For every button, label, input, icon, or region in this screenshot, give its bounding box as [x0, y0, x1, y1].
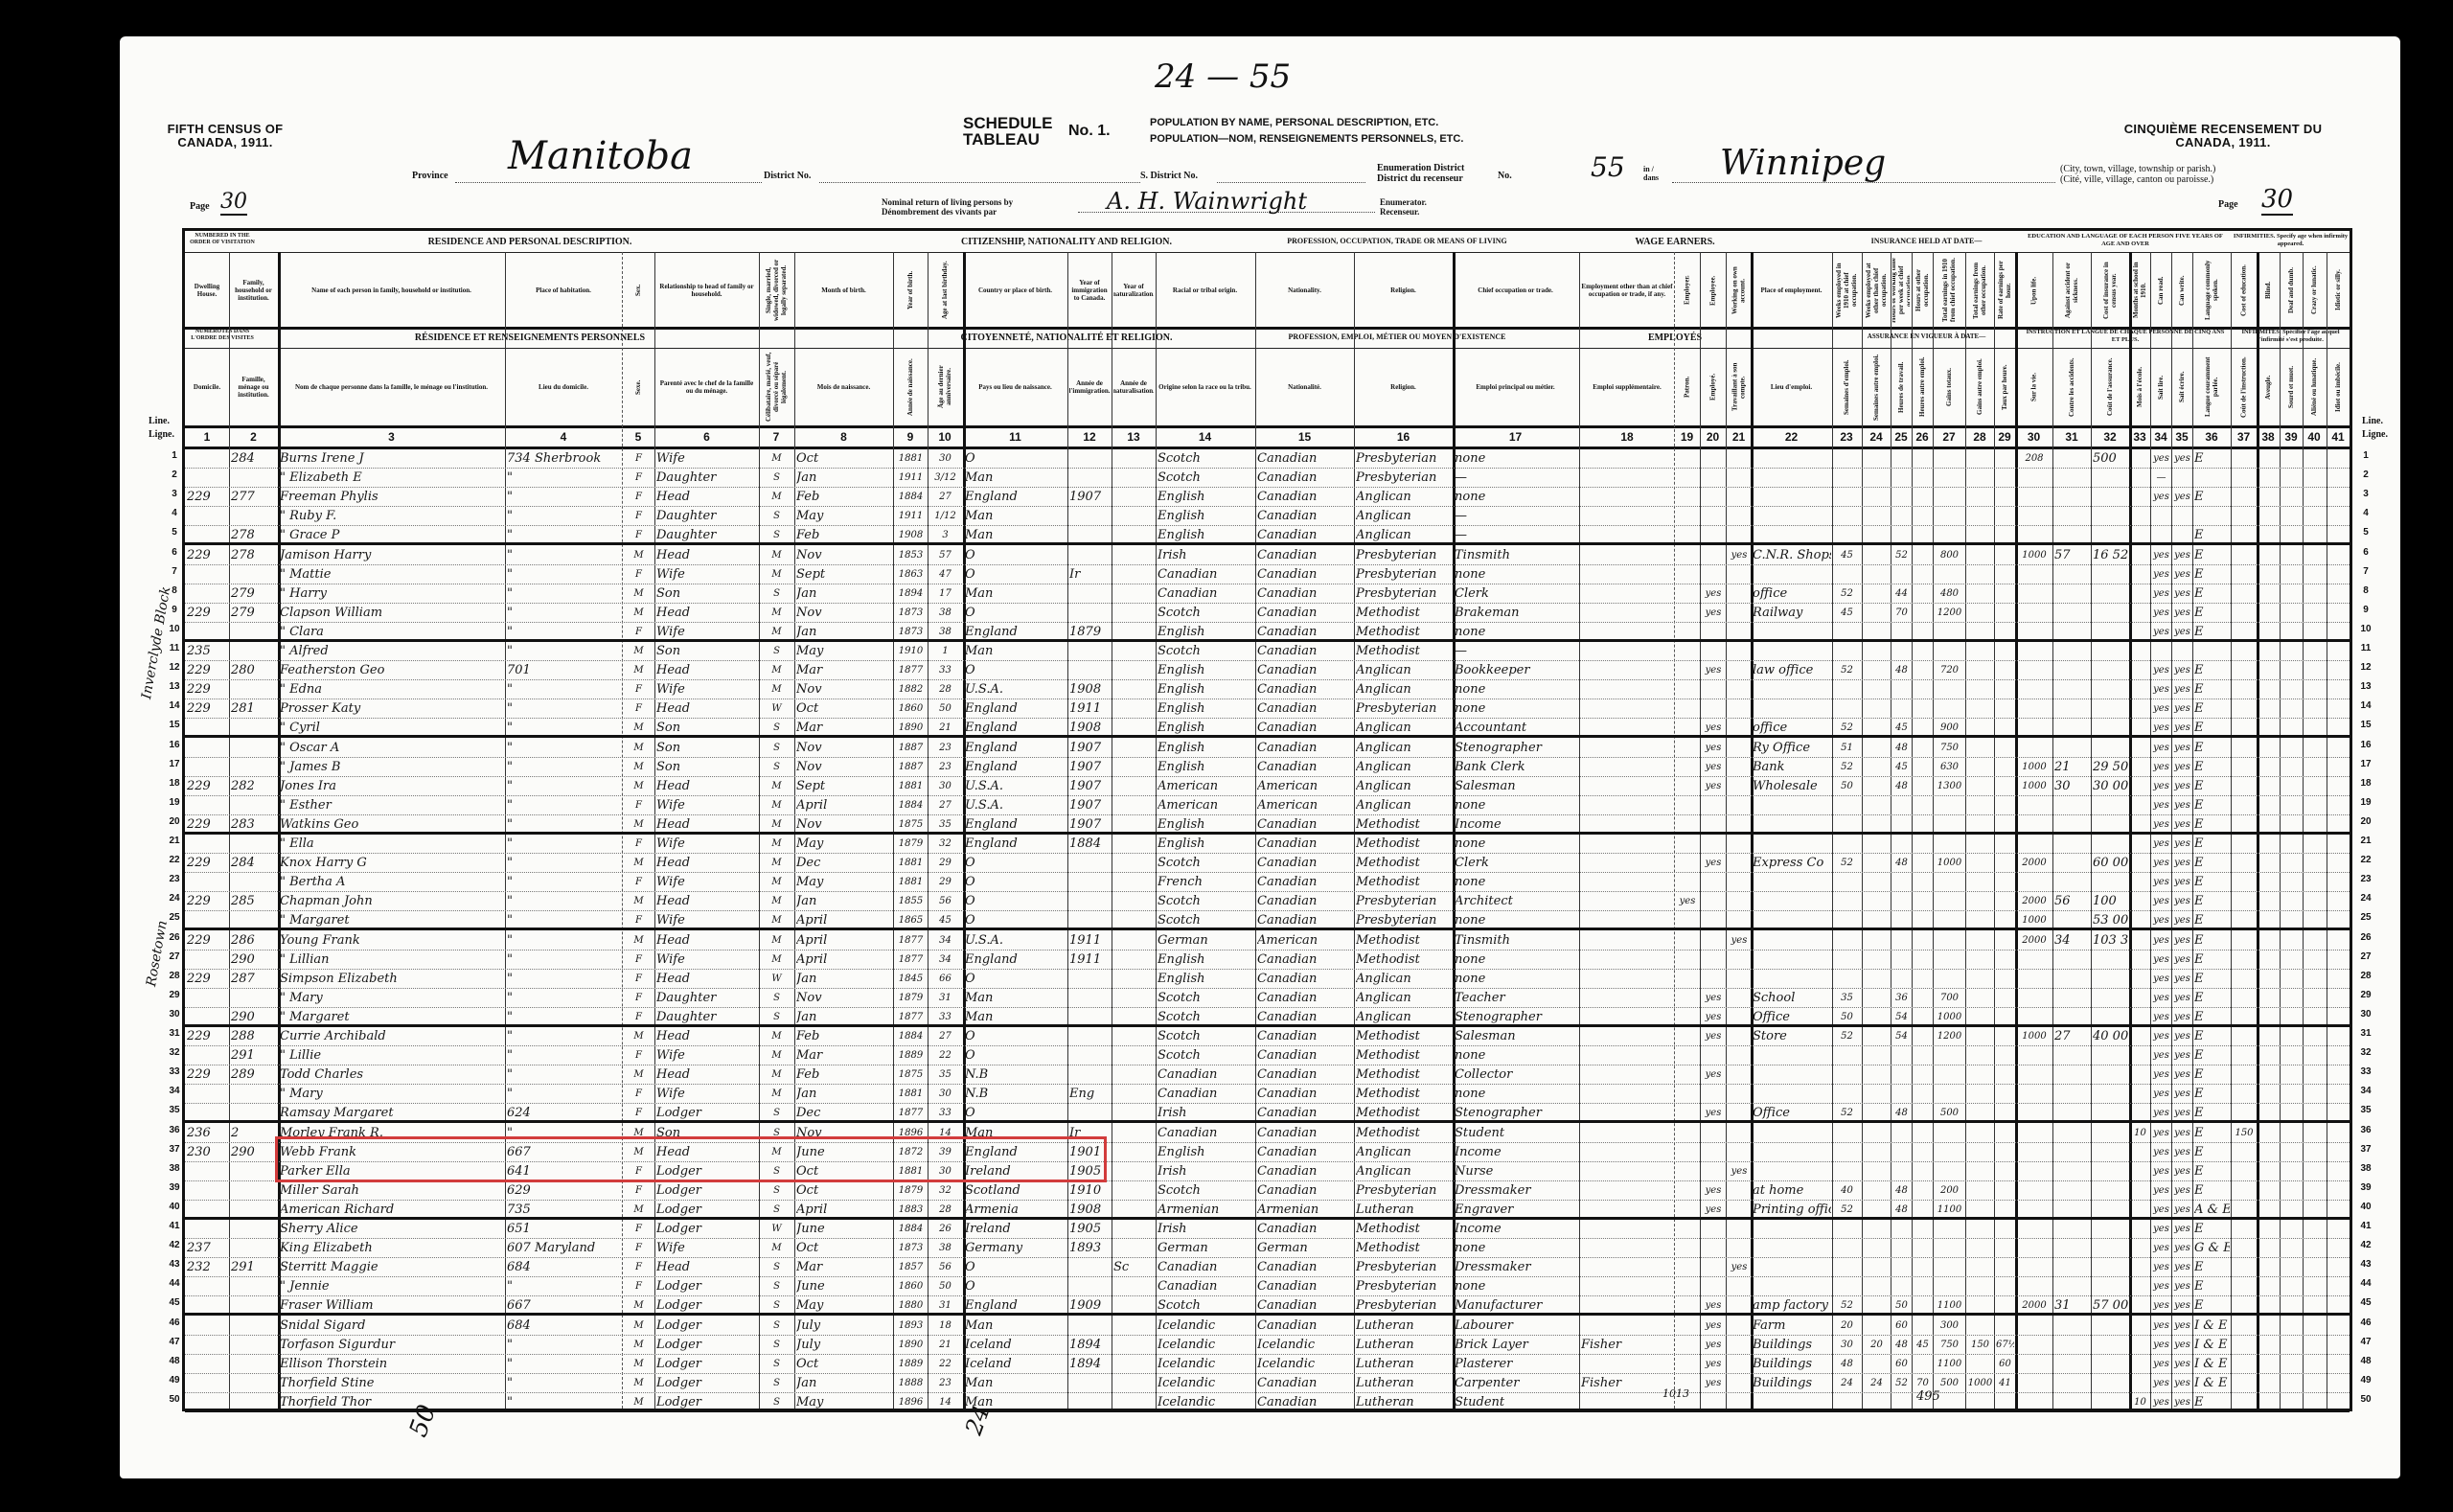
cell-month: April	[796, 951, 892, 970]
cell-birthplace: N.B	[965, 1085, 1066, 1104]
cell-relation: Lodger	[656, 1317, 758, 1336]
table-row[interactable]: " Esther"FWifeMApril188427U.S.A.1907Amer…	[185, 796, 2350, 815]
column-header-fr: Année de l'immigration.	[1069, 352, 1110, 423]
cell-age: 38	[929, 623, 961, 642]
highlighted-record-box[interactable]	[275, 1136, 1107, 1182]
enumeration-label-en: Enumeration District	[1377, 163, 1464, 173]
table-row[interactable]: Miller Sarah629FLodgerSOct187932Scotland…	[185, 1181, 2350, 1201]
cell-dwelling: 229	[187, 1027, 228, 1046]
cell-hours: 52	[1892, 546, 1911, 565]
cell-sex: M	[624, 1201, 653, 1220]
column-number: 19	[1674, 430, 1700, 446]
table-row[interactable]: Thorfield Thor"MLodgerSMay189614ManIcela…	[185, 1393, 2350, 1412]
cell-year: 1875	[895, 815, 927, 835]
line-number: 30	[2357, 1009, 2374, 1019]
line-number: 32	[166, 1047, 183, 1058]
table-row[interactable]: " Elizabeth E"FDaughterSJan19113/12ManSc…	[185, 469, 2350, 488]
table-row[interactable]: Torfason Sigurdur"MLodgerSJuly189021Icel…	[185, 1336, 2350, 1355]
cell-marital: S	[761, 469, 792, 488]
cell-habitation: 607 Maryland	[507, 1239, 621, 1258]
column-number: 36	[2192, 430, 2231, 446]
cell-write: yes	[2173, 1336, 2191, 1355]
line-number: 48	[2357, 1356, 2374, 1366]
cell-sex: F	[624, 449, 653, 469]
line-number: 41	[2357, 1221, 2374, 1231]
cell-habitation: "	[507, 739, 621, 758]
cell-sex: M	[624, 1336, 653, 1355]
table-row[interactable]: 229285Chapman John"MHeadMJan185556OScotc…	[185, 892, 2350, 911]
cell-family: 284	[231, 854, 277, 873]
cell-birthplace: England	[965, 815, 1066, 835]
line-label: Line. Ligne.	[2362, 415, 2388, 442]
column-header-fr: Gains totaux.	[1935, 352, 1963, 423]
cell-age: 28	[929, 680, 961, 699]
table-row[interactable]: " Bertha A"FWifeMMay188129OFrenchCanadia…	[185, 873, 2350, 892]
cell-dwelling: 232	[187, 1258, 228, 1277]
line-number: 3	[2357, 489, 2374, 499]
cell-birthplace: Man	[965, 584, 1066, 604]
cell-immigration: 1907	[1069, 488, 1111, 507]
cell-earnings: 1100	[1935, 1355, 1964, 1374]
table-row[interactable]: 284Burns Irene J734 SherbrookFWifeMOct18…	[185, 449, 2350, 469]
table-row[interactable]: 229282Jones Ira"MHeadMSept188130U.S.A.19…	[185, 777, 2350, 796]
column-header-en: Can write.	[2173, 256, 2190, 325]
column-number: 27	[1933, 430, 1965, 446]
cell-name: " James B	[280, 758, 504, 777]
cell-relation: Head	[656, 661, 758, 680]
line-number: 39	[2357, 1182, 2374, 1193]
table-row[interactable]: 229287Simpson Elizabeth"FHeadWJan184566O…	[185, 970, 2350, 989]
cell-birthplace: Man	[965, 642, 1066, 661]
table-row[interactable]: 279" Harry"MSonSJan189417ManCanadianCana…	[185, 584, 2350, 604]
cell-read: yes	[2152, 873, 2170, 892]
line-number: 40	[166, 1202, 183, 1212]
cell-birthplace: O	[965, 1046, 1066, 1065]
cell-immigration: 1911	[1069, 951, 1111, 970]
cell-hours: 54	[1892, 1027, 1911, 1046]
cell-weeks-other: 20	[1864, 1336, 1890, 1355]
cell-name: " Alfred	[280, 642, 504, 661]
table-row[interactable]: Fraser William667MLodgerSMay188031Englan…	[185, 1296, 2350, 1316]
line-number: 12	[166, 662, 183, 673]
cell-write: yes	[2173, 1296, 2191, 1316]
cell-read: yes	[2152, 699, 2170, 719]
cell-year: 1890	[895, 719, 927, 738]
cell-religion: Methodist	[1356, 815, 1452, 835]
cell-hours: 60	[1892, 1317, 1911, 1336]
column-number: 26	[1912, 430, 1933, 446]
table-row[interactable]: 229283Watkins Geo"MHeadMNov187535England…	[185, 815, 2350, 835]
cell-occupation: Plasterer	[1455, 1355, 1577, 1374]
cell-weeks: 30	[1834, 1336, 1860, 1355]
cell-origin: English	[1158, 951, 1253, 970]
cell-nationality: Canadian	[1257, 642, 1353, 661]
province-value: Manitoba	[508, 134, 693, 178]
cell-nationality: Canadian	[1257, 1296, 1353, 1316]
cell-origin: English	[1158, 970, 1253, 989]
cell-religion: Anglican	[1356, 488, 1452, 507]
column-header-en: Months at school in 1910.	[2131, 256, 2148, 325]
cell-year: 1873	[895, 604, 927, 623]
column-number: 24	[1862, 430, 1891, 446]
table-row[interactable]: " Margaret"FWifeMApril186545OScotchCanad…	[185, 911, 2350, 930]
cell-habitation: "	[507, 796, 621, 815]
cell-marital: M	[761, 680, 792, 699]
cell-month: Oct	[796, 1181, 892, 1201]
table-row[interactable]: 232291Sterritt Maggie684FHeadSMar185756O…	[185, 1258, 2350, 1277]
table-row[interactable]: 229279Clapson William"MHeadMNov187338OSc…	[185, 604, 2350, 623]
column-number: 21	[1726, 430, 1752, 446]
table-row[interactable]: Ellison Thorstein"MLodgerSOct188922Icela…	[185, 1355, 2350, 1374]
table-row[interactable]: " Ruby F."FDaughterSMay19111/12ManEnglis…	[185, 507, 2350, 526]
cell-relation: Lodger	[656, 1336, 758, 1355]
cell-occupation: none	[1455, 970, 1577, 989]
enumerator-label: Enumerator. Recenseur.	[1380, 197, 1427, 217]
cell-weeks: 52	[1834, 661, 1860, 680]
enumeration-label-fr: District du recenseur	[1377, 173, 1464, 184]
cell-habitation: 624	[507, 1104, 621, 1123]
cell-relation: Wife	[656, 680, 758, 699]
cell-hours: 48	[1892, 661, 1911, 680]
cell-age: 38	[929, 1239, 961, 1258]
cell-marital: M	[761, 931, 792, 951]
section-citizenship-fr: CITOYENNETÉ, NATIONALITÉ ET RELIGION.	[860, 332, 1272, 343]
cell-own: yes	[1728, 546, 1751, 565]
header-divider-fr	[185, 348, 2350, 349]
cell-origin: Scotch	[1158, 449, 1253, 469]
cell-own: yes	[1728, 1162, 1751, 1181]
column-header-fr: Heures autre emploi.	[1914, 352, 1931, 423]
cell-nationality: Canadian	[1257, 546, 1353, 565]
line-number: 13	[2357, 681, 2374, 692]
cell-nationality: Canadian	[1257, 1374, 1353, 1393]
table-row[interactable]: 290" Margaret"FDaughterSJan187733ManScot…	[185, 1008, 2350, 1027]
cell-relation: Wife	[656, 796, 758, 815]
cell-origin: Irish	[1158, 1220, 1253, 1239]
cell-habitation: "	[507, 854, 621, 873]
table-row[interactable]: 278" Grace P"FDaughterSFeb19083ManEnglis…	[185, 526, 2350, 545]
cell-read: yes	[2152, 931, 2170, 951]
cell-month: Mar	[796, 661, 892, 680]
line-number: 23	[166, 874, 183, 884]
line-number: 36	[2357, 1125, 2374, 1135]
table-row[interactable]: American Richard735MLodgerSApril188328Ar…	[185, 1201, 2350, 1220]
cell-nationality: Icelandic	[1257, 1336, 1353, 1355]
cell-employee: yes	[1702, 758, 1725, 777]
cell-origin: English	[1158, 835, 1253, 854]
cell-birthplace: England	[965, 623, 1066, 642]
column-header-fr: Année de naissance.	[895, 352, 926, 423]
cell-workplace: Office	[1753, 1008, 1831, 1027]
table-row[interactable]: 229288Currie Archibald"MHeadMFeb188427OS…	[185, 1027, 2350, 1046]
cell-weeks: 52	[1834, 1027, 1860, 1046]
column-header-fr: Emploi supplémentaire.	[1581, 352, 1673, 423]
cell-language: E	[2194, 1143, 2230, 1162]
table-row[interactable]: 229" Edna"FWifeMNov188228U.S.A.1908Engli…	[185, 680, 2350, 699]
subdistrict-underline	[1217, 182, 1365, 183]
cell-employee: yes	[1702, 1296, 1725, 1316]
cell-name: " Edna	[280, 680, 504, 699]
line-number: 36	[166, 1125, 183, 1135]
cell-occupation: Tinsmith	[1455, 931, 1577, 951]
cell-nationality: Canadian	[1257, 584, 1353, 604]
cell-marital: S	[761, 1374, 792, 1393]
cell-sex: M	[624, 1296, 653, 1316]
section-numbered-en: NUMBERED IN THE ORDER OF VISITATION	[185, 233, 260, 246]
cell-write: yes	[2173, 1355, 2191, 1374]
cell-origin: Icelandic	[1158, 1336, 1253, 1355]
cell-nationality: Canadian	[1257, 507, 1353, 526]
table-row[interactable]: " Cyril"MSonSMar189021England1908English…	[185, 719, 2350, 738]
cell-read: yes	[2152, 970, 2170, 989]
cell-dwelling: 229	[187, 970, 228, 989]
cell-relation: Head	[656, 546, 758, 565]
line-number: 38	[2357, 1163, 2374, 1174]
cell-read: yes	[2152, 1336, 2170, 1355]
cell-religion: Anglican	[1356, 1008, 1452, 1027]
column-header-fr: Sait lire.	[2152, 352, 2169, 423]
cell-habitation: "	[507, 970, 621, 989]
cell-occupation: Teacher	[1455, 989, 1577, 1008]
line-number: 26	[2357, 932, 2374, 943]
cell-employer: yes	[1676, 892, 1699, 911]
province-label: Province	[412, 171, 448, 181]
cell-nationality: Canadian	[1257, 1393, 1353, 1412]
cell-month: Sept	[796, 565, 892, 584]
cell-write: yes	[2173, 739, 2191, 758]
cell-name: " Jennie	[280, 1277, 504, 1296]
cell-year: 1887	[895, 739, 927, 758]
line-number: 16	[166, 740, 183, 750]
column-header-en: Age at last birthday.	[929, 256, 960, 325]
cell-habitation: "	[507, 488, 621, 507]
cell-nationality: Canadian	[1257, 989, 1353, 1008]
cell-nationality: Canadian	[1257, 1085, 1353, 1104]
cell-origin: Canadian	[1158, 1065, 1253, 1085]
cell-religion: Methodist	[1356, 1027, 1452, 1046]
table-row[interactable]: 229289Todd Charles"MHeadMFeb187535N.BCan…	[185, 1065, 2350, 1085]
line-label-en: Line.	[2362, 415, 2388, 428]
cell-nationality: Canadian	[1257, 1220, 1353, 1239]
cell-habitation: "	[507, 1393, 621, 1412]
cell-language: E	[2194, 526, 2230, 545]
cell-age: 23	[929, 1374, 961, 1393]
column-header-en: Hours of working time per week at chief …	[1892, 256, 1910, 325]
cell-read: yes	[2152, 1201, 2170, 1220]
cell-origin: Scotch	[1158, 892, 1253, 911]
cell-origin: Icelandic	[1158, 1317, 1253, 1336]
column-header-en: Weeks employed at other than chief occup…	[1864, 256, 1889, 325]
table-row[interactable]: " Clara"FWifeMJan187338England1879Englis…	[185, 623, 2350, 642]
line-number: 2	[166, 470, 183, 480]
line-number: 10	[2357, 624, 2374, 634]
table-row[interactable]: 291" Lillie"FWifeMMar188922OScotchCanadi…	[185, 1046, 2350, 1065]
cell-language: I & E	[2194, 1317, 2230, 1336]
table-row[interactable]: 229277Freeman Phylis"FHeadMFeb188427Engl…	[185, 488, 2350, 507]
table-row[interactable]: " Oscar A"MSonSNov188723England1907Engli…	[185, 739, 2350, 758]
cell-religion: Anglican	[1356, 970, 1452, 989]
cell-origin: Scotch	[1158, 1046, 1253, 1065]
cell-age: 3/12	[929, 469, 961, 488]
cell-religion: Presbyterian	[1356, 699, 1452, 719]
cell-month: Nov	[796, 680, 892, 699]
cell-nationality: Canadian	[1257, 565, 1353, 584]
line-number: 34	[166, 1086, 183, 1096]
cell-marital: S	[761, 1277, 792, 1296]
cell-origin: Canadian	[1158, 565, 1253, 584]
cell-religion: Anglican	[1356, 777, 1452, 796]
cell-age: 22	[929, 1046, 961, 1065]
cell-read: yes	[2152, 739, 2170, 758]
cell-dwelling: 236	[187, 1124, 228, 1143]
table-row[interactable]: " Jennie"FLodgerSJune186050OCanadianCana…	[185, 1277, 2350, 1296]
cell-marital: S	[761, 1008, 792, 1027]
cell-sex: F	[624, 507, 653, 526]
cell-age: 50	[929, 699, 961, 719]
cell-relation: Head	[656, 854, 758, 873]
column-header-en: Total earnings from other occupation.	[1967, 256, 1992, 325]
cell-language: E	[2194, 449, 2230, 469]
line-number: 35	[2357, 1105, 2374, 1115]
cell-name: " Ella	[280, 835, 504, 854]
table-row[interactable]: 290" Lillian"FWifeMApril187734England191…	[185, 951, 2350, 970]
line-number: 27	[166, 951, 183, 962]
cell-name: " Cyril	[280, 719, 504, 738]
cell-marital: W	[761, 970, 792, 989]
cell-occupation: none	[1455, 951, 1577, 970]
cell-origin: Scotch	[1158, 911, 1253, 930]
cell-habitation: "	[507, 892, 621, 911]
column-header-en: Hours at other occupation.	[1914, 256, 1931, 325]
cell-family: 291	[231, 1258, 277, 1277]
cell-school: 10	[2131, 1124, 2149, 1143]
cell-weeks: 52	[1834, 719, 1860, 738]
cell-ins-acc: 57	[2054, 546, 2090, 565]
line-number: 18	[166, 778, 183, 789]
cell-workplace: Buildings	[1753, 1336, 1831, 1355]
cell-read: yes	[2152, 951, 2170, 970]
cell-name: " Margaret	[280, 1008, 504, 1027]
cell-immigration: Eng	[1069, 1085, 1111, 1104]
line-number: 45	[2357, 1297, 2374, 1308]
cell-birthplace: O	[965, 1277, 1066, 1296]
cell-occupation: Engraver	[1455, 1201, 1577, 1220]
cell-marital: M	[761, 892, 792, 911]
cell-occupation: Salesman	[1455, 777, 1577, 796]
column-header-fr: Semaines d'emploi.	[1834, 352, 1859, 423]
cell-religion: Anglican	[1356, 758, 1452, 777]
cell-sex: M	[624, 642, 653, 661]
cell-write: yes	[2173, 1143, 2191, 1162]
cell-birthplace: O	[965, 1027, 1066, 1046]
cell-employee: yes	[1702, 1008, 1725, 1027]
cell-occupation: none	[1455, 873, 1577, 892]
cell-marital: M	[761, 911, 792, 930]
table-row[interactable]: 229281Prosser Katy"FHeadWOct186050Englan…	[185, 699, 2350, 719]
cell-occupation: Tinsmith	[1455, 546, 1577, 565]
table-row[interactable]: 237King Elizabeth607 MarylandFWifeMOct18…	[185, 1239, 2350, 1258]
cell-occupation: none	[1455, 680, 1577, 699]
table-row[interactable]: 229278Jamison Harry"MHeadMNov185357OIris…	[185, 546, 2350, 565]
cell-immigration: 1893	[1069, 1239, 1111, 1258]
cell-sex: F	[624, 1277, 653, 1296]
cell-age: 23	[929, 758, 961, 777]
line-number: 3	[166, 489, 183, 499]
cell-habitation: "	[507, 931, 621, 951]
table-row[interactable]: 229284Knox Harry G"MHeadMDec188129OScotc…	[185, 854, 2350, 873]
column-header-fr: Langue couramment parlée.	[2194, 352, 2229, 423]
cell-relation: Wife	[656, 951, 758, 970]
table-row[interactable]: Sherry Alice651FLodgerWJune188426Ireland…	[185, 1220, 2350, 1239]
cell-nationality: Canadian	[1257, 623, 1353, 642]
table-row[interactable]: 229286Young Frank"MHeadMApril187734U.S.A…	[185, 931, 2350, 951]
cell-relation: Wife	[656, 565, 758, 584]
cell-ins-acc: 21	[2054, 758, 2090, 777]
cell-workplace: Ry Office	[1753, 739, 1831, 758]
table-row[interactable]: 229280Featherston Geo701MHeadMMar187733O…	[185, 661, 2350, 680]
cell-religion: Methodist	[1356, 1124, 1452, 1143]
column-header-fr: Coût de l'instruction.	[2233, 352, 2255, 423]
cell-month: Jan	[796, 584, 892, 604]
line-number: 6	[2357, 547, 2374, 558]
cell-sex: F	[624, 1104, 653, 1123]
cell-habitation: 734 Sherbrook	[507, 449, 621, 469]
cell-marital: S	[761, 507, 792, 526]
table-row[interactable]: " Mary"FWifeMJan188130N.BEngCanadianCana…	[185, 1085, 2350, 1104]
line-number: 7	[166, 566, 183, 577]
cell-occupation: Student	[1455, 1393, 1577, 1412]
column-number: 23	[1832, 430, 1861, 446]
cell-nationality: American	[1257, 931, 1353, 951]
cell-nationality: Canadian	[1257, 699, 1353, 719]
cell-relation: Lodger	[656, 1104, 758, 1123]
cell-year: 1877	[895, 931, 927, 951]
section-profession-fr: PROFESSION, EMPLOI, MÉTIER OU MOYEN D'EX…	[1277, 332, 1517, 341]
cell-language: E	[2194, 1296, 2230, 1316]
cell-nationality: Canadian	[1257, 1065, 1353, 1085]
cell-ins-life: 208	[2017, 449, 2052, 469]
cell-family: 279	[231, 604, 277, 623]
cell-birthplace: Man	[965, 469, 1066, 488]
cell-sex: M	[624, 931, 653, 951]
table-row[interactable]: Thorfield Stine"MLodgerSJan188823ManIcel…	[185, 1374, 2350, 1393]
cell-marital: M	[761, 546, 792, 565]
cell-read: yes	[2152, 1296, 2170, 1316]
table-row[interactable]: 235" Alfred"MSonSMay19101ManScotchCanadi…	[185, 642, 2350, 661]
table-row[interactable]: Snidal Sigard684MLodgerSJuly189318ManIce…	[185, 1317, 2350, 1336]
cell-relation: Wife	[656, 1239, 758, 1258]
cell-immigration: 1910	[1069, 1181, 1111, 1201]
cell-relation: Daughter	[656, 507, 758, 526]
cell-earnings: 1200	[1935, 1027, 1964, 1046]
table-row[interactable]: Ramsay Margaret624FLodgerSDec187733OIris…	[185, 1104, 2350, 1123]
table-row[interactable]: " Ella"FWifeMMay187932England1884English…	[185, 835, 2350, 854]
table-row[interactable]: " Mattie"FWifeMSept186347OIrCanadianCana…	[185, 565, 2350, 584]
cell-immigration: Ir	[1069, 565, 1111, 584]
line-number: 38	[166, 1163, 183, 1174]
cell-year: 1860	[895, 699, 927, 719]
cell-religion: Anglican	[1356, 507, 1452, 526]
column-header-fr: Famille, ménage ou institution.	[231, 352, 276, 423]
cell-religion: Presbyterian	[1356, 1296, 1452, 1316]
cell-dwelling: 237	[187, 1239, 228, 1258]
column-header-en: Nationality.	[1257, 256, 1352, 325]
cell-workplace: amp factory	[1753, 1296, 1831, 1316]
table-row[interactable]: " Mary"FDaughterSNov187931ManScotchCanad…	[185, 989, 2350, 1008]
schedule-label: SCHEDULE TABLEAU	[963, 115, 1053, 148]
table-row[interactable]: " James B"MSonSNov188723England1907Engli…	[185, 758, 2350, 777]
cell-occupation: —	[1455, 507, 1577, 526]
